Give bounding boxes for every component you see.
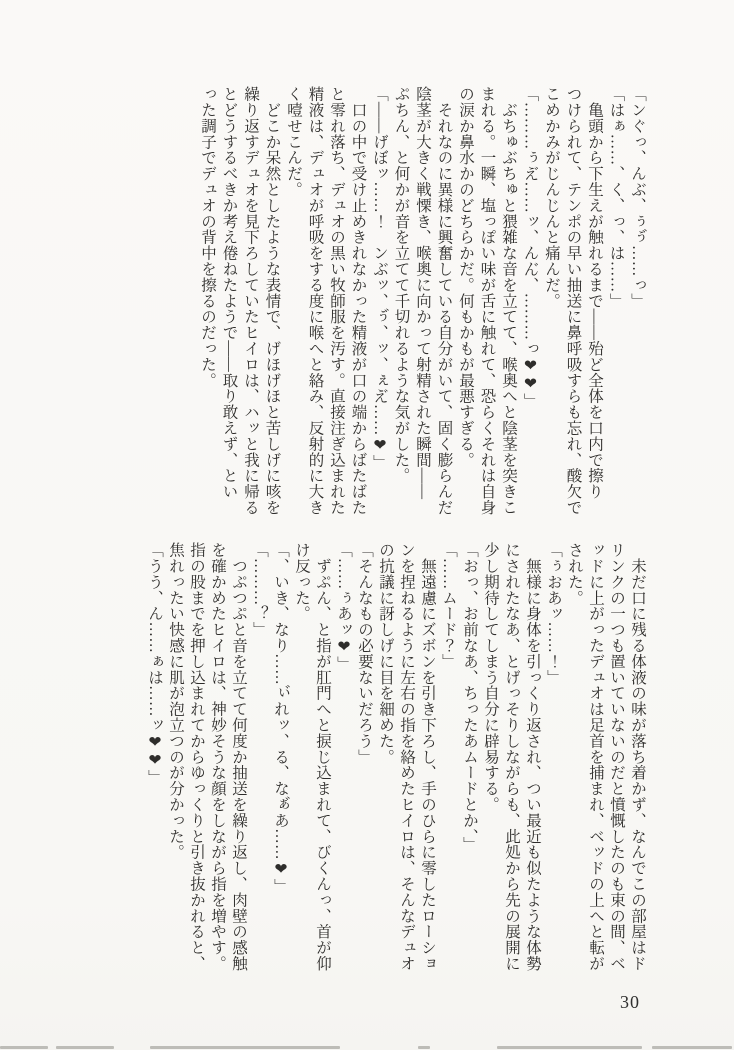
text-column: 「おっ、お前なあ、ちったあムードとか、」 (459, 542, 480, 966)
text-column: それなのに異様に興奮している自分がいて、固く膨らんだ (433, 86, 455, 526)
text-column: 無様に身体を引っくり返され、つい最近も似たような体勢 (522, 542, 543, 966)
text-column: 無遠慮にズボンを引き下ろし、手のひらに零したローショ (417, 542, 438, 966)
text-column: を確かめたヒイロは、神妙そうな顔をしながら指を増やす。 (207, 542, 228, 966)
text-column: つぷつぷと音を立てて何度か抽送を繰り返し、肉壁の感触 (228, 542, 249, 966)
text-column: 「ぅおあッ……！」 (543, 542, 564, 966)
scan-edge-segment (418, 1046, 430, 1049)
text-column: 未だ口に残る体液の味が落ち着かず、なんでこの部屋はド (627, 542, 648, 966)
text-column: 精液は、デュオが呼吸をする度に喉へと絡み、反射的に大き (304, 86, 326, 526)
document-page: 「ンぐっ、んぶ、ぅぅ゙……っ」「はぁ……、く、っ、は……」 亀頭から下生えが触れ… (0, 0, 734, 1050)
text-column: つけられて、テンポの早い抽送に鼻呼吸すらも忘れ、酸欠で (562, 86, 584, 526)
text-column: 焦れったい快感に肌が泡立つのが分かった。 (165, 542, 186, 966)
text-column: 亀頭から下生えが触れるまで――殆ど全体を口内で擦り (584, 86, 606, 526)
text-column: リンクの一つも置いていないのだと憤慨したのも束の間、ベ (606, 542, 627, 966)
scan-edge-segment (56, 1046, 114, 1049)
text-column: った調子でデュオの背中を擦るのだった。 (197, 86, 219, 526)
text-column: く噎せこんだ。 (283, 86, 305, 526)
scan-edge-segment (150, 1046, 340, 1049)
scan-edge-segment (652, 1046, 732, 1049)
text-column: の抗議に訝しげに目を細めた。 (375, 542, 396, 966)
text-column: 指の股までを押し込まれてからゆっくりと引き抜かれると、 (186, 542, 207, 966)
text-column: け反った。 (291, 542, 312, 966)
text-column: 「はぁ……、く、っ、は……」 (605, 86, 627, 526)
text-column: 「……ぅあッ❤」 (333, 542, 354, 966)
text-column: 「………ぅえ゙……ッ、んん゙、………っ❤❤」 (519, 86, 541, 526)
text-column: 「、いき、なり……ぃ゙れッ、る、なぁ゙あ……❤」 (270, 542, 291, 966)
text-column: とどうするべきか考え倦ねたようで――取り敢えず、とい (218, 86, 240, 526)
text-column: の涙か鼻水かのどちらかだ。何もかもが最悪すぎる。 (455, 86, 477, 526)
text-column: 「ンぐっ、んぶ、ぅぅ゙……っ」 (627, 86, 649, 526)
text-column: 「――げぼッ……！ ンぶッ、ぅ゙、ッ、ぇえ゙……❤」 (369, 86, 391, 526)
scan-edge-segment (0, 1046, 48, 1049)
text-block-lower: 未だ口に残る体液の味が落ち着かず、なんでこの部屋はドリンクの一つも置いていないの… (144, 542, 648, 966)
text-column: 口の中で受け止めきれなかった精液が口の端からばたばた (347, 86, 369, 526)
text-column: 「うう、ん……ぁは……ッ❤❤」 (144, 542, 165, 966)
text-column: 「そんなもの必要ないだろう」 (354, 542, 375, 966)
text-column: にされたなあ、とげっそりしながらも、此処から先の展開に (501, 542, 522, 966)
text-column: ッドに上がったデュオは足首を捕まれ、ベッドの上へと転が (585, 542, 606, 966)
text-block-upper: 「ンぐっ、んぶ、ぅぅ゙……っ」「はぁ……、く、っ、は……」 亀頭から下生えが触れ… (197, 86, 649, 526)
text-column: ぷちん、と何かが音を立てて千切れるような気がした。 (390, 86, 412, 526)
text-column: 「……ムード？」 (438, 542, 459, 966)
text-column: 陰茎が大きく戦慄き、喉奥に向かって射精された瞬間―― (412, 86, 434, 526)
text-column: ぶちゅぶちゅと猥雑な音を立てて、喉奥へと陰茎を突きこ (498, 86, 520, 526)
scan-edge-segment (497, 1046, 642, 1049)
text-column: ンを捏ねるように左右の指を絡めたヒイロは、そんなデュオ (396, 542, 417, 966)
text-column: 繰り返すデュオを見下ろしていたヒイロは、ハッと我に帰る (240, 86, 262, 526)
text-column: と零れ落ち、デュオの黒い牧師服を汚す。直接注ぎ込まれた (326, 86, 348, 526)
text-column: どこか呆然としたような表情で、げほげほと苦しげに咳を (261, 86, 283, 526)
text-column: まれる。一瞬、塩っぽい味が舌に触れて、恐らくそれは自身 (476, 86, 498, 526)
text-column: された。 (564, 542, 585, 966)
text-column: 「………？」 (249, 542, 270, 966)
scan-edge-artifact (0, 1042, 734, 1050)
text-column: ずぷん、と指が肛門へと捩じ込まれて、びくんっ、首が仰 (312, 542, 333, 966)
text-column: 少し期待してしまう自分に辟易する。 (480, 542, 501, 966)
page-number: 30 (620, 992, 640, 1013)
text-column: こめかみがじんじんと痛んだ。 (541, 86, 563, 526)
